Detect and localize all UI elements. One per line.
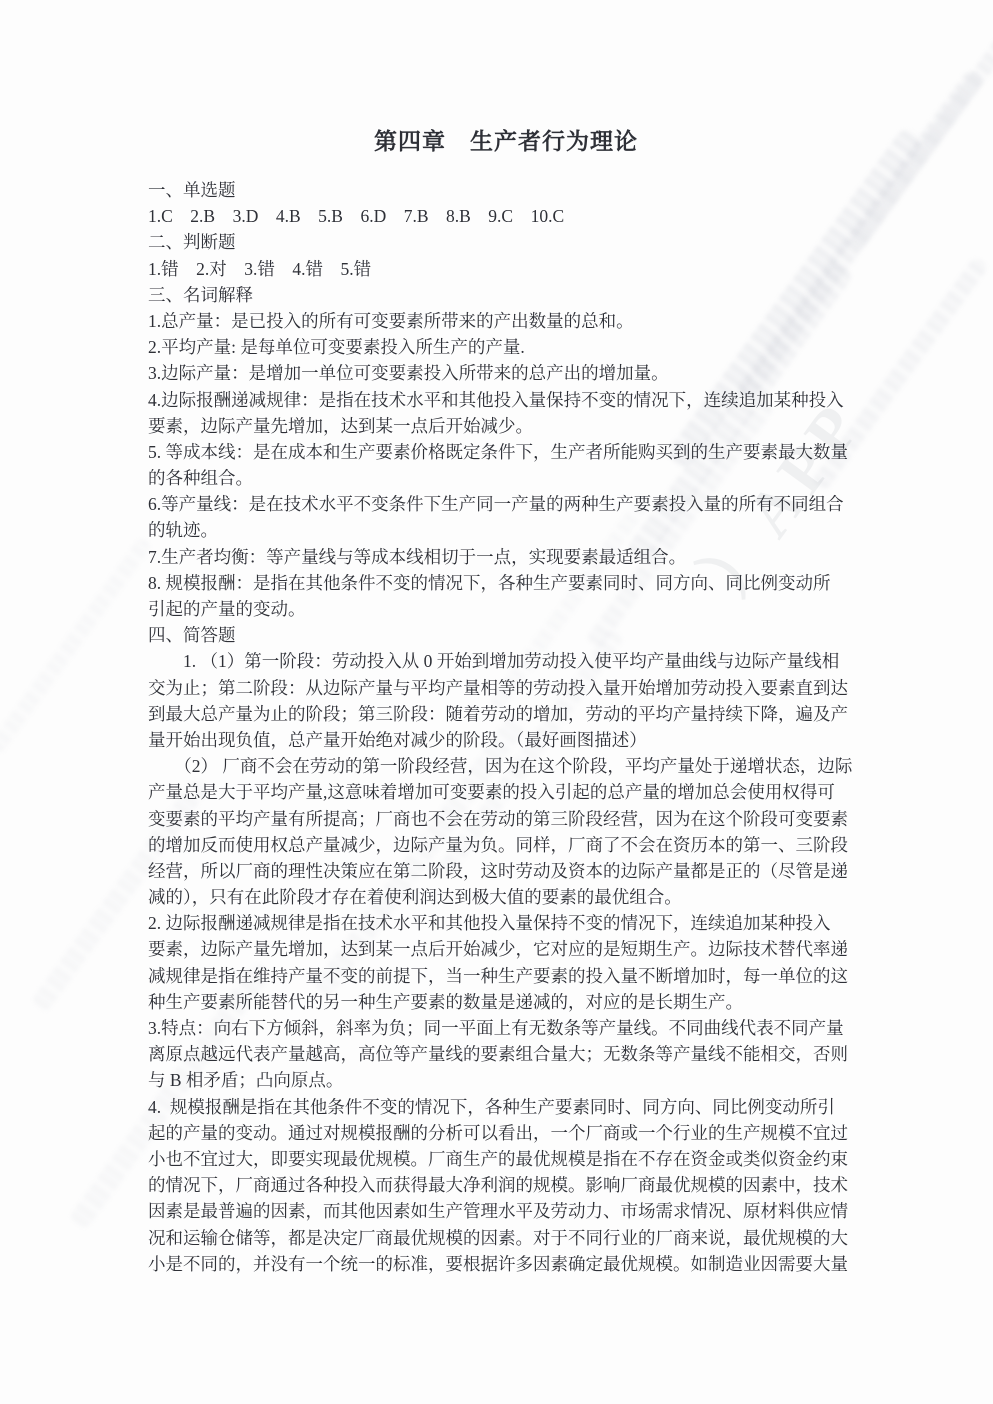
text-line: 6.等产量线：是在技术水平不变条件下生产同一产量的两种生产要素投入量的所有不同组… [148, 491, 878, 517]
text-line: 经营，所以厂商的理性决策应在第二阶段，这时劳动及资本的边际产量都是正的（尽管是递 [148, 858, 878, 884]
text-line: 4.边际报酬递减规律：是指在技术水平和其他投入量保持不变的情况下，连续追加某种投… [148, 387, 878, 413]
text-line: 引起的产量的变动。 [148, 596, 878, 622]
text-line: 产量总是大于平均产量,这意味着增加可变要素的投入引起的总产量的增加总会使用权得可 [148, 779, 878, 805]
page-title: 第四章 生产者行为理论 [148, 0, 864, 155]
text-line: 1. （1）第一阶段：劳动投入从 0 开始到增加劳动投入使平均产量曲线与边际产量… [148, 648, 878, 674]
text-line: 5. 等成本线：是在成本和生产要素价格既定条件下，生产者所能购买到的生产要素最大… [148, 439, 878, 465]
text-line: 离原点越远代表产量越高，高位等产量线的要素组合量大；无数条等产量线不能相交，否则 [148, 1041, 878, 1067]
text-line: 1.错 2.对 3.错 4.错 5.错 [148, 256, 878, 282]
text-line: 3.特点：向右下方倾斜，斜率为负；同一平面上有无数条等产量线。不同曲线代表不同产… [148, 1015, 878, 1041]
text-line: 变要素的平均产量有所提高；厂商也不会在劳动的第三阶段经营，因为在这个阶段可变要素 [148, 806, 878, 832]
section-heading: 四、简答题 [148, 622, 878, 648]
text-line: 3.边际产量：是增加一单位可变要素投入所带来的总产出的增加量。 [148, 360, 878, 386]
text-line: 小是不同的，并没有一个统一的标准，要根据许多因素确定最优规模。如制造业因需要大量 [148, 1251, 878, 1277]
document-body: 一、单选题1.C 2.B 3.D 4.B 5.B 6.D 7.B 8.B 9.C… [148, 177, 878, 1277]
text-line: 2. 边际报酬递减规律是指在技术水平和其他投入量保持不变的情况下，连续追加某种投… [148, 910, 878, 936]
text-line: 要素，边际产量先增加，达到某一点后开始减少，它对应的是短期生产。边际技术替代率递 [148, 936, 878, 962]
text-line: （2） 厂商不会在劳动的第一阶段经营，因为在这个阶段，平均产量处于递增状态，边际 [148, 753, 878, 779]
text-line: 减规律是指在维持产量不变的前提下，当一种生产要素的投入量不断增加时，每一单位的这 [148, 963, 878, 989]
text-line: 小也不宜过大，即要实现最优规模。厂商生产的最优规模是指在不存在资金或类似资金约束 [148, 1146, 878, 1172]
text-line: 的轨迹。 [148, 517, 878, 543]
text-line: 的情况下，厂商通过各种投入而获得最大净利润的规模。影响厂商最优规模的因素中，技术 [148, 1172, 878, 1198]
section-heading: 一、单选题 [148, 177, 878, 203]
watermark-streak [0, 536, 153, 756]
text-line: 7.生产者均衡：等产量线与等成本线相切于一点，实现要素最适组合。 [148, 544, 878, 570]
text-line: 1.总产量：是已投入的所有可变要素所带来的产出数量的总和。 [148, 308, 878, 334]
text-line: 量开始出现负值，总产量开始绝对减少的阶段。（最好画图描述） [148, 727, 878, 753]
text-line: 种生产要素所能替代的另一种生产要素的数量是递减的，对应的是长期生产。 [148, 989, 878, 1015]
text-line: 与 B 相矛盾；凸向原点。 [148, 1067, 878, 1093]
text-line: 交为止；第二阶段：从边际产量与平均产量相等的劳动投入量开始增加劳动投入要素直到达 [148, 675, 878, 701]
text-line: 到最大总产量为止的阶段；第三阶段：随着劳动的增加，劳动的平均产量持续下降，遍及产 [148, 701, 878, 727]
text-line: 的各种组合。 [148, 465, 878, 491]
text-line: 要素，边际产量先增加，达到某一点后开始减少。 [148, 413, 878, 439]
text-line: 减的），只有在此阶段才存在着使利润达到极大值的要素的最优组合。 [148, 884, 878, 910]
text-line: 起的产量的变动。通过对规模报酬的分析可以看出，一个厂商或一个行业的生产规模不宜过 [148, 1120, 878, 1146]
section-heading: 二、判断题 [148, 229, 878, 255]
section-heading: 三、名词解释 [148, 282, 878, 308]
text-line: 4. 规模报酬是指在其他条件不变的情况下，各种生产要素同时、同方向、同比例变动所… [148, 1094, 878, 1120]
text-line: 因素是最普遍的因素，而其他因素如生产管理水平及劳动力、市场需求情况、原材料供应情 [148, 1198, 878, 1224]
text-line: 况和运输仓储等，都是决定厂商最优规模的因素。对于不同行业的厂商来说，最优规模的大 [148, 1225, 878, 1251]
text-line: 2.平均产量: 是每单位可变要素投入所生产的产量. [148, 334, 878, 360]
document-page: ）APP 第四章 生产者行为理论 一、单选题1.C 2.B 3.D 4.B 5.… [0, 0, 993, 1404]
text-line: 1.C 2.B 3.D 4.B 5.B 6.D 7.B 8.B 9.C 10.C [148, 203, 878, 229]
text-line: 的增加反而使用权总产量减少，边际产量为负。同样，厂商了不会在资历本的第一、三阶段 [148, 832, 878, 858]
text-line: 8. 规模报酬：是指在其他条件不变的情况下，各种生产要素同时、同方向、同比例变动… [148, 570, 878, 596]
